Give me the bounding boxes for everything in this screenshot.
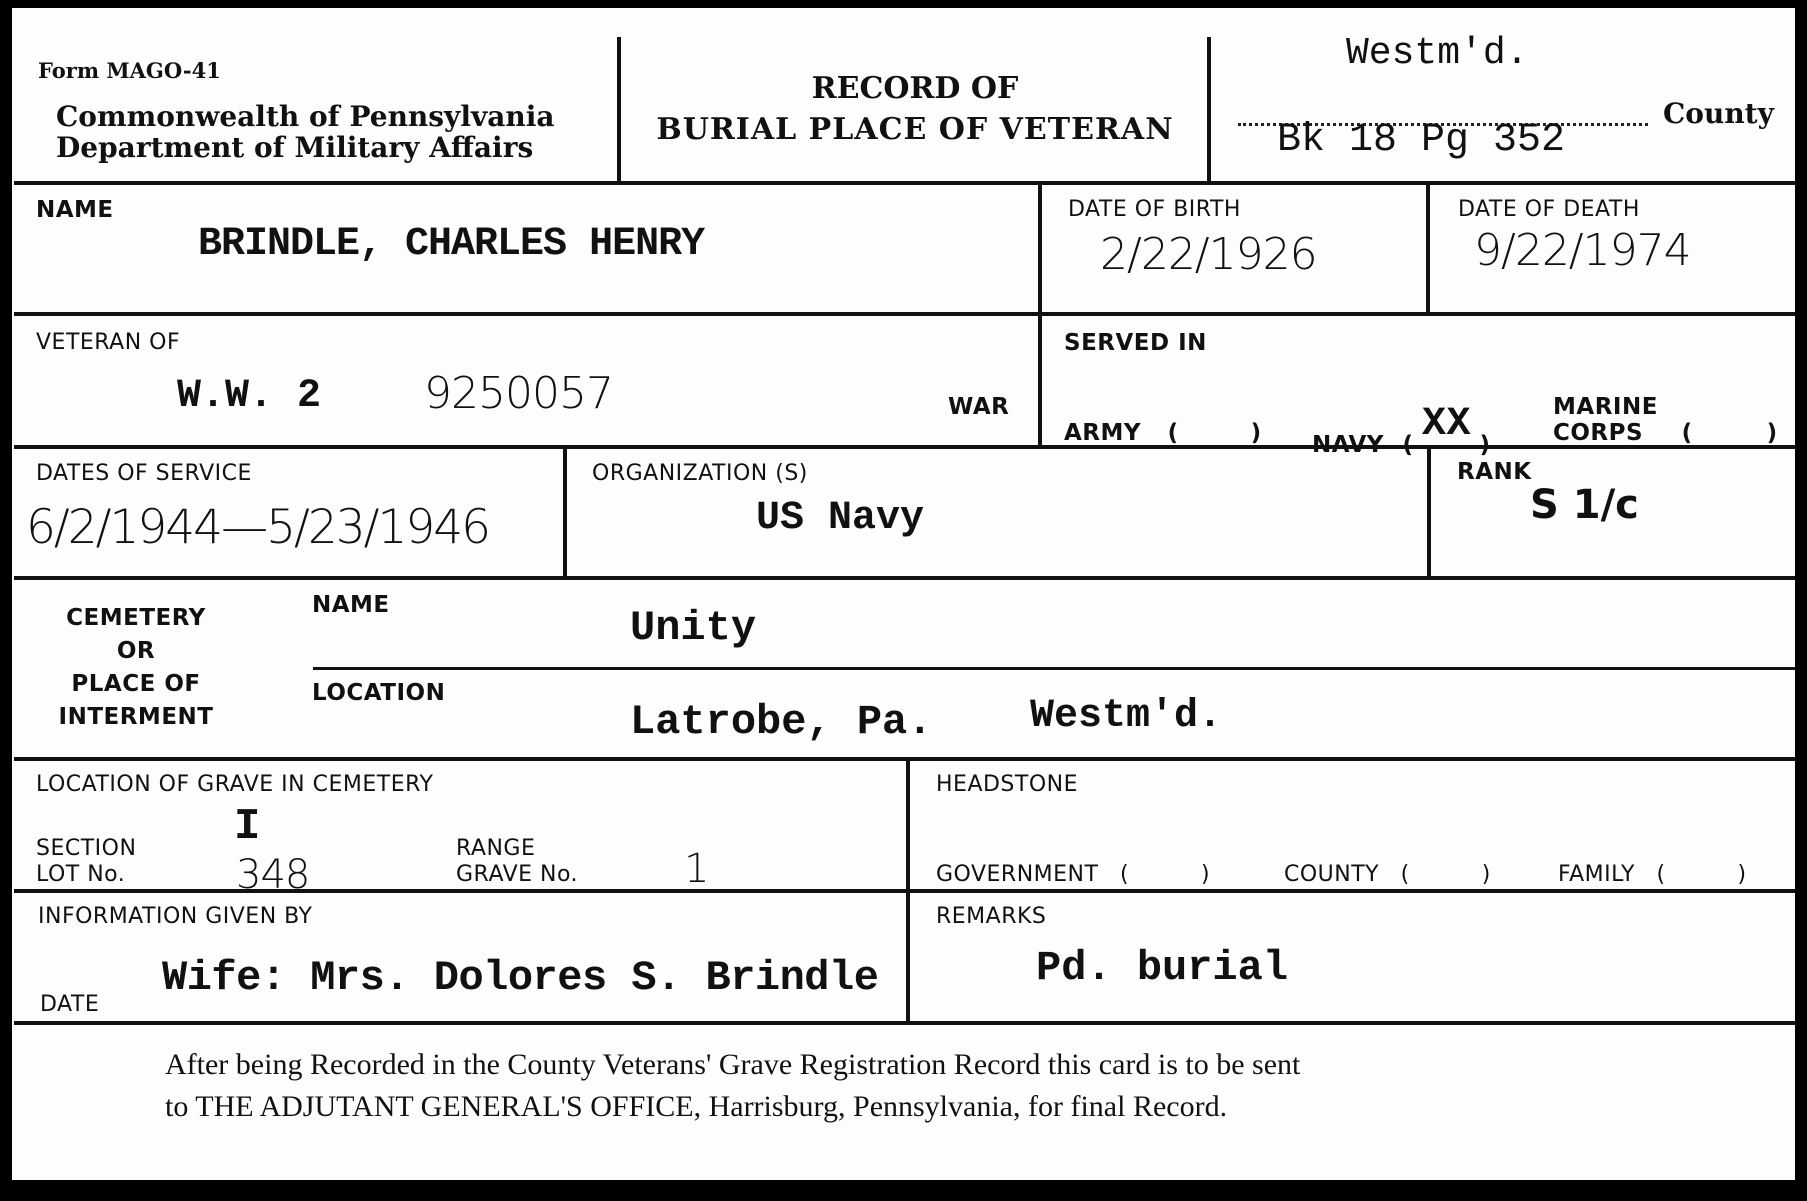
grave-number-label: GRAVE No. xyxy=(456,862,578,887)
army-checkbox[interactable]: ARMY () xyxy=(1064,420,1262,446)
footer-instruction-line-1: After being Recorded in the County Veter… xyxy=(165,1048,1300,1082)
name-value: BRINDLE, CHARLES HENRY xyxy=(198,222,704,267)
rule-header-bottom xyxy=(14,181,1795,185)
remarks-value: Pd. burial xyxy=(1036,944,1288,992)
army-label: ARMY xyxy=(1064,420,1141,446)
information-given-by-value: Wife: Mrs. Dolores S. Brindle xyxy=(162,954,878,1002)
organization-value: US Navy xyxy=(756,496,924,541)
header-divider-2 xyxy=(1207,37,1211,183)
cemetery-label-line-1: CEMETERY xyxy=(36,605,236,631)
headstone-family-label: FAMILY xyxy=(1558,862,1635,887)
rule-row3-bottom xyxy=(14,445,1795,449)
form-number: Form MAGO-41 xyxy=(38,58,221,83)
rule-row2-bottom xyxy=(14,312,1795,316)
form-title-line-1: RECORD OF xyxy=(640,71,1190,106)
rule-row4-bottom xyxy=(14,576,1795,580)
grave-location-label: LOCATION OF GRAVE IN CEMETERY xyxy=(36,772,433,797)
grave-number-value: 1 xyxy=(684,846,708,892)
county-label: County xyxy=(1663,97,1774,130)
dod-value: 9/22/1974 xyxy=(1474,225,1691,276)
range-label: RANGE xyxy=(456,836,535,861)
headstone-county-checkbox[interactable]: COUNTY () xyxy=(1284,862,1491,887)
cemetery-label-line-2: OR xyxy=(36,638,236,664)
cemetery-location-county: Westm'd. xyxy=(1030,694,1222,739)
headstone-label: HEADSTONE xyxy=(936,772,1078,797)
form-title-line-2: BURIAL PLACE OF VETERAN xyxy=(640,112,1190,147)
header-divider-1 xyxy=(617,37,621,183)
information-given-by-label: INFORMATION GIVEN BY xyxy=(38,904,312,929)
marine-corps-checkbox[interactable]: CORPS () xyxy=(1553,420,1778,446)
agency-line-2: Department of Military Affairs xyxy=(56,131,533,164)
cemetery-location-city: Latrobe, Pa. xyxy=(630,698,932,746)
agency-line-1: Commonwealth of Pennsylvania xyxy=(56,100,555,133)
war-suffix-label: WAR xyxy=(948,394,1009,420)
navy-mark: XX xyxy=(1413,402,1479,447)
rank-value: S 1/c xyxy=(1530,482,1639,528)
cemetery-label-line-4: INTERMENT xyxy=(36,704,236,730)
headstone-family-checkbox[interactable]: FAMILY () xyxy=(1558,862,1747,887)
marine-corps-label-line-2: CORPS xyxy=(1553,420,1643,446)
war-value: W.W. 2 xyxy=(177,374,321,419)
navy-label: NAVY xyxy=(1312,432,1384,458)
marine-corps-label-line-1: MARINE xyxy=(1553,394,1658,420)
dates-of-service-label: DATES OF SERVICE xyxy=(36,461,252,486)
veteran-of-label: VETERAN OF xyxy=(36,330,180,355)
served-in-label: SERVED IN xyxy=(1064,330,1207,356)
name-label: NAME xyxy=(36,197,114,223)
dod-label: DATE OF DEATH xyxy=(1458,197,1640,222)
rank-label: RANK xyxy=(1457,459,1532,485)
cemetery-location-label: LOCATION xyxy=(312,680,445,706)
lot-value: 348 xyxy=(236,852,309,898)
service-number-value: 9250057 xyxy=(424,368,613,419)
headstone-government-label: GOVERNMENT xyxy=(936,862,1098,887)
information-date-label: DATE xyxy=(40,992,99,1017)
lot-label: LOT No. xyxy=(36,862,125,887)
divider-org-rank xyxy=(1427,447,1431,578)
organization-label: ORGANIZATION (S) xyxy=(592,461,808,486)
headstone-county-label: COUNTY xyxy=(1284,862,1379,887)
dob-value: 2/22/1926 xyxy=(1100,229,1317,280)
dates-of-service-value: 6/2/1944—5/23/1946 xyxy=(26,500,489,555)
cemetery-name-label: NAME xyxy=(312,592,390,618)
rule-cemetery-name-underline xyxy=(313,667,1795,670)
book-page-reference: Bk 18 Pg 352 xyxy=(1277,118,1565,163)
rule-row5-bottom xyxy=(14,757,1795,761)
section-value: I xyxy=(234,802,260,852)
cemetery-name-value: Unity xyxy=(630,604,756,652)
footer-instruction-line-2: to THE ADJUTANT GENERAL'S OFFICE, Harris… xyxy=(165,1090,1227,1124)
dob-label: DATE OF BIRTH xyxy=(1068,197,1241,222)
remarks-label: REMARKS xyxy=(936,904,1046,929)
divider-dob-dod xyxy=(1426,183,1430,314)
rule-info-bottom xyxy=(14,1021,1795,1025)
cemetery-label-line-3: PLACE OF xyxy=(36,671,236,697)
county-value: Westm'd. xyxy=(1346,32,1528,75)
divider-service-org xyxy=(563,447,567,578)
headstone-government-checkbox[interactable]: GOVERNMENT () xyxy=(936,862,1210,887)
section-label: SECTION xyxy=(36,836,136,861)
